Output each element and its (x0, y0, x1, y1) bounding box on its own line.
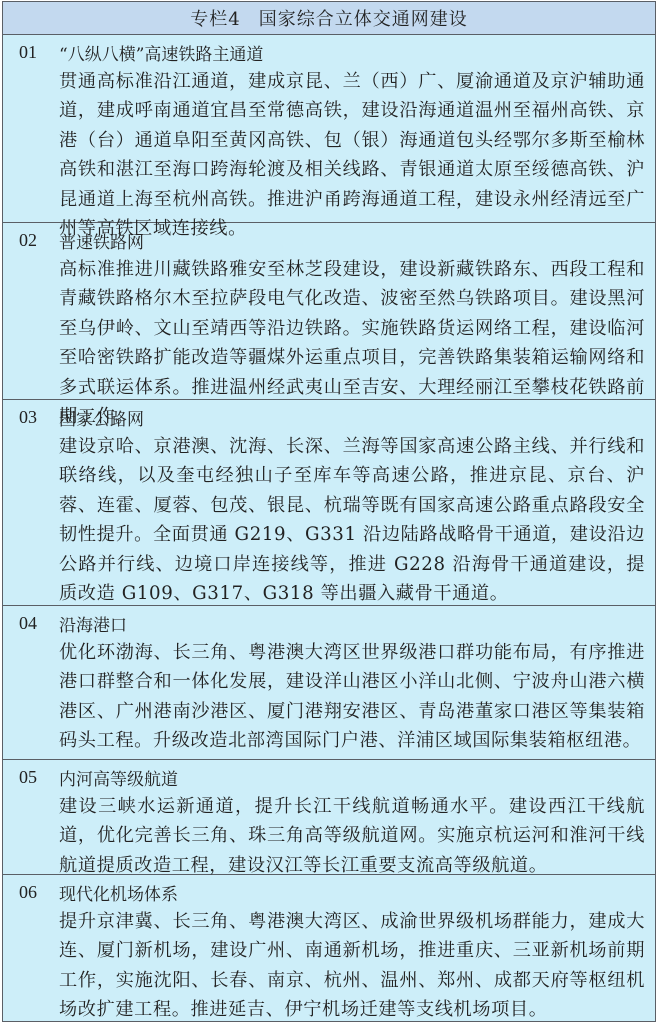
section-title: 内河高等级航道 (59, 765, 178, 790)
section-inland-waterways: 05 内河高等级航道 建设三峡水运新通道，提升长江干线航道畅通水平。建设西江干线… (3, 760, 655, 875)
section-body: 建设京哈、京港澳、沈海、长深、兰海等国家高速公路主线、并行线和联络线，以及奎屯经… (3, 432, 655, 608)
section-conventional-rail: 02 普速铁路网 高标准推进川藏铁路雅安至林芝段建设，建设新藏铁路东、西段工程和… (3, 223, 655, 400)
section-title: 普速铁路网 (59, 228, 144, 253)
section-heading: 06 现代化机场体系 (3, 875, 655, 907)
section-body: 提升京津冀、长三角、粤港澳大湾区、成渝世界级机场群能力，建成大连、厦门新机场，建… (3, 907, 655, 1024)
section-heading: 04 沿海港口 (3, 606, 655, 638)
section-title: 国家公路网 (59, 405, 144, 430)
column-title: 国家综合立体交通网建设 (259, 5, 468, 31)
section-airports: 06 现代化机场体系 提升京津冀、长三角、粤港澳大湾区、成渝世界级机场群能力，建… (3, 875, 655, 1023)
section-number: 01 (3, 42, 59, 63)
section-number: 05 (3, 767, 59, 788)
box-header: 专栏4 国家综合立体交通网建设 (3, 2, 655, 35)
section-number: 03 (3, 407, 59, 428)
section-coastal-ports: 04 沿海港口 优化环渤海、长三角、粤港澳大湾区世界级港口群功能布局，有序推进港… (3, 606, 655, 760)
section-national-highway: 03 国家公路网 建设京哈、京港澳、沈海、长深、兰海等国家高速公路主线、并行线和… (3, 400, 655, 606)
section-title: 沿海港口 (59, 611, 127, 636)
section-high-speed-rail: 01 “八纵八横”高速铁路主通道 贯通高标准沿江通道，建成京昆、兰（西）广、厦渝… (3, 35, 655, 223)
section-number: 02 (3, 230, 59, 251)
column-label: 专栏4 (190, 5, 240, 31)
column-box: 专栏4 国家综合立体交通网建设 01 “八纵八横”高速铁路主通道 贯通高标准沿江… (2, 1, 656, 1022)
section-number: 04 (3, 613, 59, 634)
section-body: 建设三峡水运新通道，提升长江干线航道畅通水平。建设西江干线航道，优化完善长三角、… (3, 792, 655, 880)
section-title: 现代化机场体系 (59, 880, 178, 905)
section-body: 贯通高标准沿江通道，建成京昆、兰（西）广、厦渝通道及京沪辅助通道，建成呼南通道宜… (3, 67, 655, 243)
section-title: “八纵八横”高速铁路主通道 (59, 40, 263, 65)
section-heading: 02 普速铁路网 (3, 223, 655, 255)
section-heading: 01 “八纵八横”高速铁路主通道 (3, 35, 655, 67)
section-heading: 03 国家公路网 (3, 400, 655, 432)
section-body: 优化环渤海、长三角、粤港澳大湾区世界级港口群功能布局，有序推进港口群整合和一体化… (3, 638, 655, 756)
section-heading: 05 内河高等级航道 (3, 760, 655, 792)
section-number: 06 (3, 882, 59, 903)
